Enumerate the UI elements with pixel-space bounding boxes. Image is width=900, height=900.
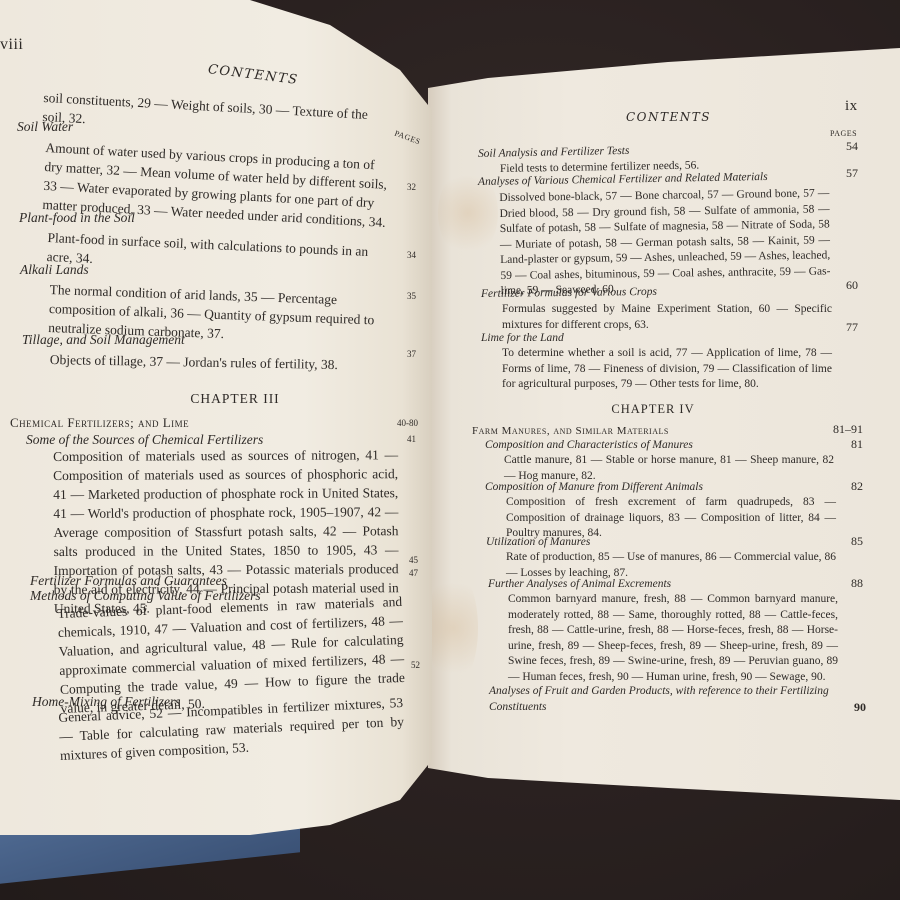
chapter-heading: CHAPTER III — [150, 391, 320, 407]
toc-page-ref: 35 — [400, 291, 416, 301]
right-page: CONTENTS ix PAGES Soil Analysis and Fert… — [428, 48, 900, 800]
chapter-page-range: 40-80 — [392, 418, 418, 428]
toc-page-ref: 82 — [833, 479, 863, 494]
toc-section-title: Further Analyses of Animal Excrements — [488, 578, 671, 590]
pages-column-label: PAGES — [393, 129, 422, 147]
toc-section-title: Lime for the Land — [481, 332, 564, 344]
toc-section-title: Composition of Manure from Different Ani… — [485, 481, 703, 493]
toc-page-ref: 60 — [828, 278, 858, 293]
chapter-page-range: 81–91 — [808, 422, 863, 437]
toc-section-description: To determine whether a soil is acid, 77 … — [502, 346, 832, 393]
toc-section-description: Formulas suggested by Maine Experiment S… — [502, 302, 832, 333]
toc-page-ref: 32 — [396, 182, 416, 192]
toc-page-ref: 81 — [833, 437, 863, 452]
toc-page-ref: 37 — [400, 349, 416, 359]
toc-section-description: Cattle manure, 81 — Stable or horse manu… — [504, 453, 834, 484]
toc-section-description: Dissolved bone-black, 57 — Bone charcoal… — [499, 186, 830, 299]
toc-section-description: Common barnyard manure, fresh, 88 — Comm… — [508, 592, 838, 685]
toc-section-title: Analyses of Fruit and Garden Products, w… — [489, 684, 839, 715]
toc-continuation: soil constituents, 29 — Weight of soils,… — [42, 88, 394, 144]
toc-section-description: Composition of fresh excrement of farm q… — [506, 495, 836, 542]
left-page: viii CONTENTS PAGES soil constituents, 2… — [0, 0, 432, 835]
toc-section-description: Plant-food in surface soil, with calcula… — [46, 228, 397, 281]
toc-section-title: Tillage, and Soil Management — [22, 332, 185, 348]
toc-page-ref: 47 — [406, 568, 418, 578]
toc-page-ref: 88 — [833, 576, 863, 591]
toc-page-ref: 41 — [404, 434, 416, 444]
running-head: CONTENTS — [207, 62, 299, 88]
toc-section-title: Soil Analysis and Fertilizer Tests — [478, 145, 630, 160]
toc-page-ref: 90 — [836, 700, 866, 715]
toc-page-ref: 77 — [828, 320, 858, 335]
toc-section-title: Alkali Lands — [20, 262, 89, 278]
page-number: ix — [845, 98, 858, 115]
toc-page-ref: 52 — [408, 660, 420, 670]
toc-section-title: Fertilizer Formulas and Guarantees — [30, 573, 227, 589]
toc-page-ref: 54 — [828, 139, 858, 154]
page-number: viii — [0, 36, 23, 54]
chapter-title: Chemical Fertilizers; and Lime — [10, 415, 189, 431]
toc-page-ref: 34 — [400, 250, 416, 260]
running-head: CONTENTS — [626, 110, 711, 124]
pages-column-label: PAGES — [830, 129, 857, 138]
toc-page-ref: 57 — [828, 166, 858, 181]
toc-page-ref: 45 — [406, 555, 418, 565]
toc-section-description: Objects of tillage, 37 — Jordan's rules … — [50, 350, 400, 375]
toc-section-title: Plant-food in the Soil — [19, 210, 135, 226]
toc-section-title: Utilization of Manures — [486, 536, 590, 548]
toc-section-description: Rate of production, 85 — Use of manures,… — [506, 550, 836, 581]
chapter-title: Farm Manures, and Similar Materials — [472, 425, 669, 437]
toc-section-title: Fertilizer Formulas for Various Crops — [481, 286, 657, 300]
chapter-heading: CHAPTER IV — [568, 402, 738, 417]
toc-page-ref: 85 — [833, 534, 863, 549]
toc-section-title: Composition and Characteristics of Manur… — [485, 439, 693, 451]
toc-section-title: Soil Water — [17, 119, 73, 135]
